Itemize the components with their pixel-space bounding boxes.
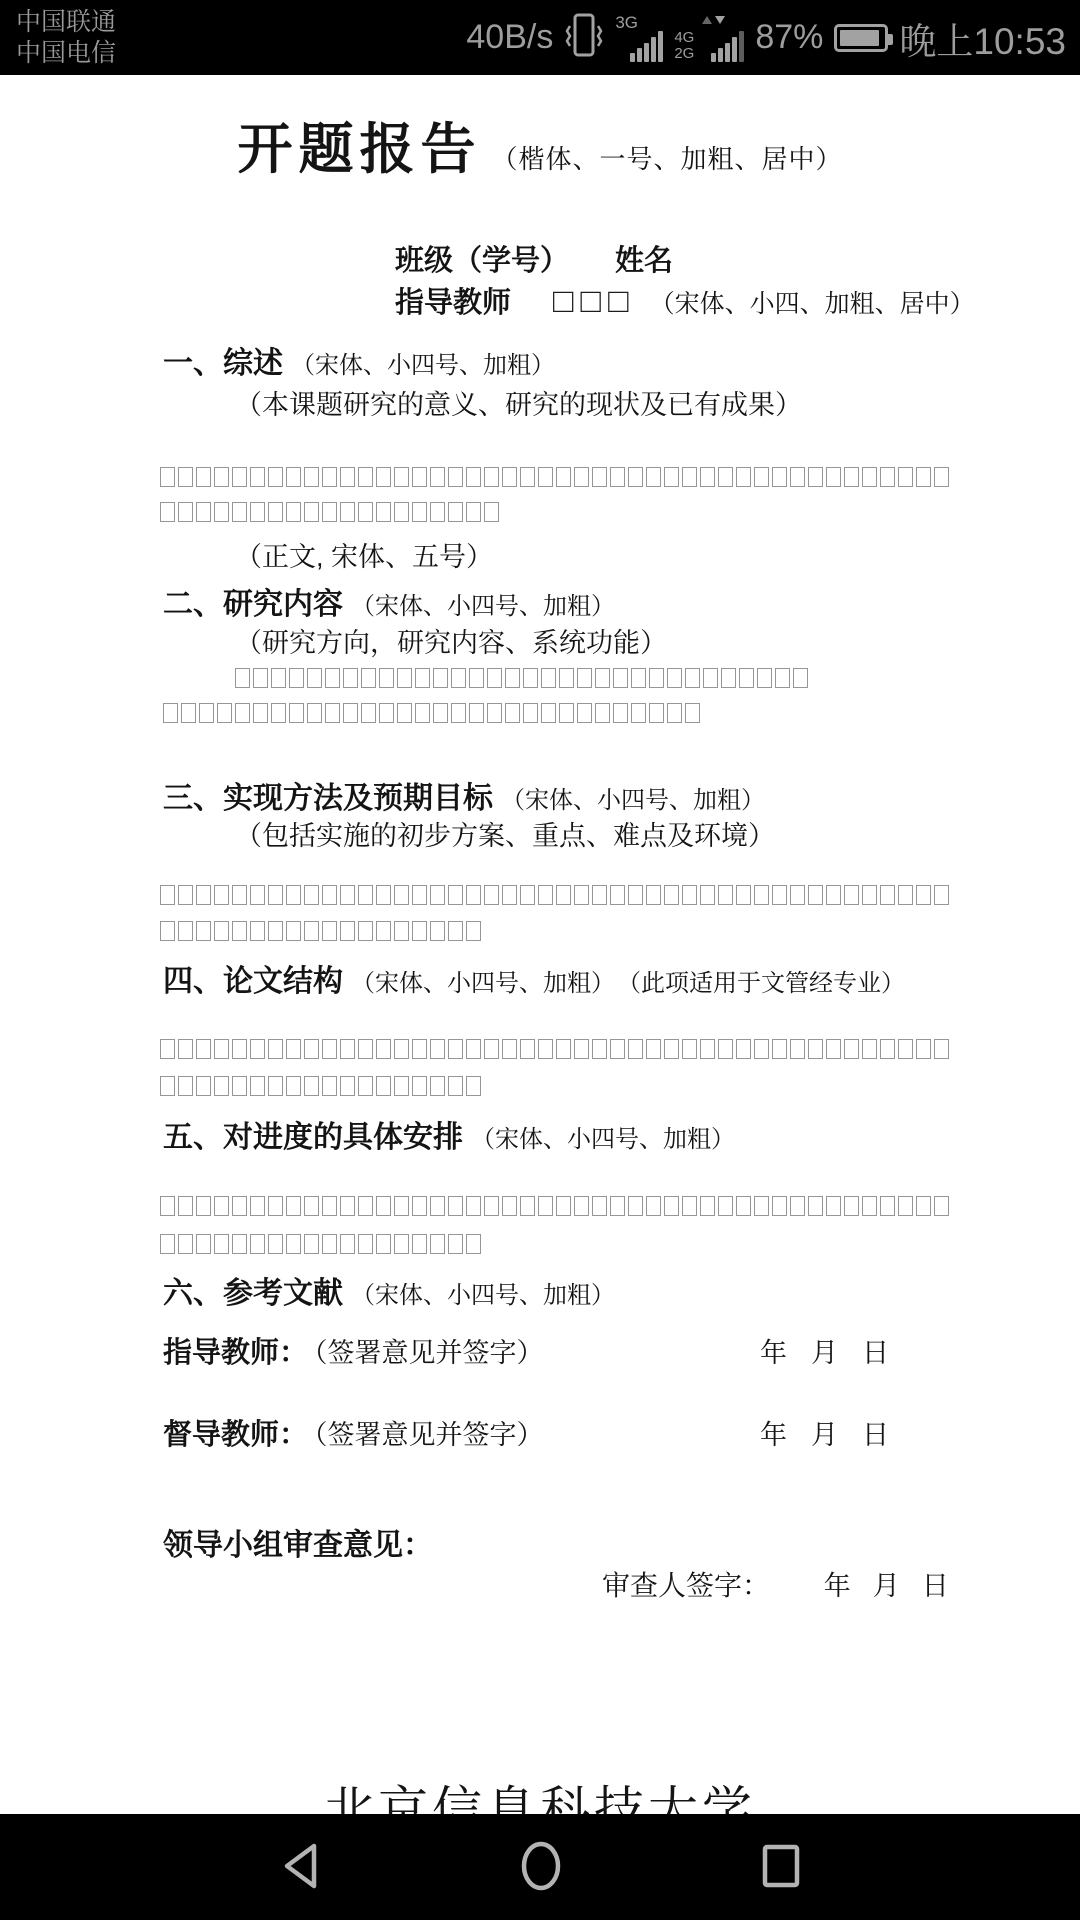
- placeholder-box: [340, 1076, 355, 1096]
- placeholder-box-row: [160, 467, 952, 487]
- placeholder-box: [466, 921, 481, 941]
- placeholder-box: [304, 1196, 319, 1216]
- advisor-placeholder-boxes: □□□: [553, 282, 636, 320]
- section4-applicability-note: （此项适用于文管经专业）: [629, 970, 905, 997]
- placeholder-box: [304, 921, 319, 941]
- placeholder-box: [790, 467, 805, 487]
- placeholder-box: [394, 467, 409, 487]
- placeholder-box: [340, 921, 355, 941]
- placeholder-box: [613, 703, 628, 723]
- battery-icon: [834, 24, 888, 52]
- placeholder-box: [250, 467, 265, 487]
- placeholder-box: [196, 1234, 211, 1254]
- recents-button[interactable]: [760, 1840, 802, 1895]
- download-arrow-icon: [715, 16, 725, 24]
- vibrate-icon: [564, 11, 604, 64]
- placeholder-box: [412, 921, 427, 941]
- placeholder-box: [304, 1039, 319, 1059]
- placeholder-box: [214, 885, 229, 905]
- placeholder-box: [826, 885, 841, 905]
- placeholder-box: [718, 467, 733, 487]
- placeholder-box: [322, 1076, 337, 1096]
- placeholder-box: [286, 1039, 301, 1059]
- back-triangle-icon: [278, 1839, 322, 1896]
- reviewer-sign-label: 审查人签字：: [602, 1570, 770, 1601]
- placeholder-box: [610, 1039, 625, 1059]
- placeholder-box: [214, 921, 229, 941]
- placeholder-box: [286, 921, 301, 941]
- section1-hint: （本课题研究的意义、研究的现状及已有成果）: [235, 383, 802, 422]
- placeholder-box: [862, 1039, 877, 1059]
- placeholder-box: [700, 1196, 715, 1216]
- placeholder-box: [322, 1234, 337, 1254]
- placeholder-box: [664, 885, 679, 905]
- placeholder-box: [880, 1196, 895, 1216]
- placeholder-box: [469, 703, 484, 723]
- placeholder-box: [592, 1196, 607, 1216]
- placeholder-box: [772, 1196, 787, 1216]
- placeholder-box: [448, 502, 463, 522]
- placeholder-box: [430, 1076, 445, 1096]
- placeholder-box: [394, 1234, 409, 1254]
- section4-title: 四、论文结构: [163, 965, 343, 998]
- placeholder-box: [577, 703, 592, 723]
- placeholder-box: [433, 668, 448, 688]
- battery-percent: 87%: [755, 18, 823, 57]
- placeholder-box: [214, 467, 229, 487]
- placeholder-box: [934, 1196, 949, 1216]
- placeholder-box: [307, 703, 322, 723]
- signal-bar: [651, 37, 656, 62]
- placeholder-box: [322, 467, 337, 487]
- placeholder-box: [358, 467, 373, 487]
- placeholder-box-row: [160, 1196, 952, 1216]
- placeholder-box: [325, 703, 340, 723]
- placeholder-box: [250, 1234, 265, 1254]
- placeholder-box: [250, 885, 265, 905]
- placeholder-box: [772, 467, 787, 487]
- placeholder-box: [718, 1196, 733, 1216]
- section6-title: 六、参考文献: [163, 1277, 343, 1310]
- placeholder-box-row: [163, 703, 703, 723]
- recents-square-icon: [760, 1840, 802, 1895]
- placeholder-box: [577, 668, 592, 688]
- placeholder-box: [358, 1039, 373, 1059]
- placeholder-box: [880, 885, 895, 905]
- section6-heading: 六、参考文献（宋体、小四号、加粗）: [163, 1268, 615, 1312]
- sim2-signal-icon: 4G 2G: [674, 14, 744, 62]
- placeholder-box: [844, 885, 859, 905]
- sim2-bars-wrap: [696, 31, 744, 62]
- placeholder-box: [538, 885, 553, 905]
- day-label: 日: [862, 1331, 889, 1370]
- placeholder-box-row: [160, 1234, 484, 1254]
- placeholder-box: [430, 502, 445, 522]
- placeholder-box: [340, 467, 355, 487]
- placeholder-box: [448, 1234, 463, 1254]
- placeholder-box: [487, 668, 502, 688]
- placeholder-box: [376, 502, 391, 522]
- placeholder-box: [394, 1076, 409, 1096]
- placeholder-box: [826, 1196, 841, 1216]
- placeholder-box: [646, 1039, 661, 1059]
- placeholder-box: [646, 467, 661, 487]
- placeholder-box: [592, 467, 607, 487]
- placeholder-box: [592, 885, 607, 905]
- placeholder-box: [739, 668, 754, 688]
- placeholder-box: [862, 885, 877, 905]
- section1-format-note: （宋体、小四号、加粗）: [291, 352, 555, 379]
- placeholder-box: [430, 1234, 445, 1254]
- placeholder-box: [412, 1196, 427, 1216]
- placeholder-box: [916, 467, 931, 487]
- placeholder-box: [631, 703, 646, 723]
- placeholder-box: [682, 885, 697, 905]
- placeholder-box: [520, 1039, 535, 1059]
- battery-fill: [840, 30, 879, 46]
- placeholder-box: [217, 703, 232, 723]
- year-label: 年: [760, 1331, 787, 1370]
- placeholder-box: [646, 1196, 661, 1216]
- placeholder-box: [736, 1196, 751, 1216]
- placeholder-box: [232, 502, 247, 522]
- placeholder-box: [664, 1196, 679, 1216]
- placeholder-box: [538, 1196, 553, 1216]
- advisor-date-fields: 年 月 日: [760, 1331, 889, 1370]
- placeholder-box: [322, 1039, 337, 1059]
- placeholder-box: [772, 885, 787, 905]
- signal-bar: [725, 43, 730, 62]
- placeholder-box: [484, 502, 499, 522]
- section2-heading: 二、研究内容（宋体、小四号、加粗）: [163, 579, 615, 623]
- placeholder-box: [556, 1196, 571, 1216]
- placeholder-box: [754, 885, 769, 905]
- placeholder-box: [232, 885, 247, 905]
- placeholder-box: [448, 467, 463, 487]
- placeholder-box: [667, 668, 682, 688]
- month-label: 月: [811, 1331, 838, 1370]
- placeholder-box: [700, 467, 715, 487]
- placeholder-box: [613, 668, 628, 688]
- home-circle-icon: [519, 1838, 563, 1897]
- placeholder-box: [559, 703, 574, 723]
- placeholder-box: [268, 1039, 283, 1059]
- signal-bar: [711, 53, 716, 62]
- placeholder-box: [448, 1196, 463, 1216]
- document-page: 开题报告（楷体、一号、加粗、居中） 班级（学号）姓名 指导教师□□□（宋体、小四…: [0, 75, 1080, 1814]
- placeholder-box: [181, 703, 196, 723]
- placeholder-box: [271, 668, 286, 688]
- placeholder-box: [268, 1234, 283, 1254]
- month-label: 月: [873, 1564, 900, 1603]
- advisor-sign-note: （签署意见并签字）: [314, 1338, 544, 1368]
- placeholder-box: [556, 467, 571, 487]
- placeholder-box: [484, 1039, 499, 1059]
- sim2-network-type: 4G 2G: [674, 30, 694, 62]
- placeholder-box: [412, 467, 427, 487]
- placeholder-box: [415, 703, 430, 723]
- placeholder-box: [844, 467, 859, 487]
- body-format-note: （正文, 宋体、五号）: [235, 535, 493, 574]
- placeholder-box: [826, 1039, 841, 1059]
- placeholder-box-row: [160, 1076, 484, 1096]
- sim1-signal-icon: 3G: [615, 14, 663, 62]
- placeholder-box: [628, 467, 643, 487]
- placeholder-box: [502, 467, 517, 487]
- placeholder-box: [253, 703, 268, 723]
- leader-review-label: 领导小组审查意见：: [163, 1520, 433, 1564]
- placeholder-box: [358, 885, 373, 905]
- placeholder-box: [160, 1076, 175, 1096]
- placeholder-box: [178, 1076, 193, 1096]
- placeholder-box: [556, 885, 571, 905]
- placeholder-box: [322, 1196, 337, 1216]
- placeholder-box: [523, 668, 538, 688]
- placeholder-box: [358, 1076, 373, 1096]
- placeholder-box: [682, 1196, 697, 1216]
- placeholder-box: [487, 703, 502, 723]
- placeholder-box: [376, 467, 391, 487]
- placeholder-box: [178, 467, 193, 487]
- placeholder-box: [340, 502, 355, 522]
- placeholder-box: [250, 502, 265, 522]
- placeholder-box: [505, 703, 520, 723]
- placeholder-box: [649, 668, 664, 688]
- placeholder-box: [286, 1196, 301, 1216]
- section3-format-note: （宋体、小四号、加粗）: [501, 787, 765, 814]
- placeholder-box: [484, 1196, 499, 1216]
- placeholder-box: [268, 921, 283, 941]
- reviewer-signature-row: 审查人签字： 年 月 日: [602, 1564, 949, 1604]
- placeholder-box: [898, 467, 913, 487]
- placeholder-box: [250, 1196, 265, 1216]
- signal-bar: [637, 48, 642, 62]
- supervisor-date-fields: 年 月 日: [760, 1413, 889, 1452]
- placeholder-box: [358, 1234, 373, 1254]
- section4-heading: 四、论文结构（宋体、小四号、加粗）（此项适用于文管经专业）: [163, 956, 905, 1000]
- section2-format-note: （宋体、小四号、加粗）: [351, 593, 615, 620]
- placeholder-box: [448, 921, 463, 941]
- placeholder-box: [178, 502, 193, 522]
- battery-nub: [888, 34, 893, 45]
- back-button[interactable]: [278, 1839, 322, 1896]
- placeholder-box: [160, 885, 175, 905]
- reviewer-date-fields: 年 月 日: [824, 1564, 949, 1603]
- placeholder-box: [196, 885, 211, 905]
- section2-title: 二、研究内容: [163, 588, 343, 621]
- placeholder-box: [160, 1196, 175, 1216]
- placeholder-box: [343, 703, 358, 723]
- advisor-label: 指导教师: [395, 287, 511, 319]
- university-name: 北京信息科技大学: [0, 1770, 1080, 1814]
- placeholder-box: [430, 1039, 445, 1059]
- section3-heading: 三、实现方法及预期目标（宋体、小四号、加粗）: [163, 773, 765, 817]
- placeholder-box: [160, 1234, 175, 1254]
- placeholder-box: [178, 1196, 193, 1216]
- year-label: 年: [760, 1413, 787, 1452]
- network-speed: 40B/s: [466, 18, 553, 57]
- placeholder-box: [466, 885, 481, 905]
- placeholder-box: [466, 1234, 481, 1254]
- placeholder-box: [595, 668, 610, 688]
- sim2-network-bottom: 2G: [674, 46, 694, 62]
- placeholder-box: [271, 703, 286, 723]
- placeholder-box: [394, 1039, 409, 1059]
- placeholder-box: [898, 1039, 913, 1059]
- month-label: 月: [811, 1413, 838, 1452]
- placeholder-box: [430, 885, 445, 905]
- placeholder-box: [196, 921, 211, 941]
- placeholder-box: [916, 1039, 931, 1059]
- sim2-signal-bars: [711, 31, 744, 62]
- placeholder-box: [703, 668, 718, 688]
- section3-title: 三、实现方法及预期目标: [163, 782, 493, 815]
- class-name-line: 班级（学号）姓名: [395, 238, 673, 279]
- placeholder-box: [376, 885, 391, 905]
- placeholder-box: [844, 1196, 859, 1216]
- section1-heading: 一、综述（宋体、小四号、加粗）: [163, 338, 555, 382]
- placeholder-box: [430, 1196, 445, 1216]
- placeholder-box: [361, 668, 376, 688]
- placeholder-box: [736, 1039, 751, 1059]
- home-button[interactable]: [519, 1838, 563, 1897]
- placeholder-box: [304, 1234, 319, 1254]
- placeholder-box: [631, 668, 646, 688]
- placeholder-box: [898, 885, 913, 905]
- signal-bar: [658, 31, 663, 62]
- placeholder-box: [448, 1076, 463, 1096]
- placeholder-box: [559, 668, 574, 688]
- placeholder-box: [325, 668, 340, 688]
- placeholder-box: [520, 885, 535, 905]
- placeholder-box: [916, 1196, 931, 1216]
- placeholder-box: [199, 703, 214, 723]
- placeholder-box: [826, 467, 841, 487]
- placeholder-box: [397, 703, 412, 723]
- signal-bar: [732, 37, 737, 62]
- placeholder-box: [610, 467, 625, 487]
- placeholder-box: [289, 668, 304, 688]
- placeholder-box: [685, 668, 700, 688]
- placeholder-box: [466, 1196, 481, 1216]
- placeholder-box: [790, 885, 805, 905]
- placeholder-box: [196, 1076, 211, 1096]
- placeholder-box: [322, 502, 337, 522]
- section1-title: 一、综述: [163, 347, 283, 380]
- placeholder-box: [196, 502, 211, 522]
- placeholder-box: [304, 502, 319, 522]
- section4-format-note: （宋体、小四号、加粗）: [351, 970, 615, 997]
- placeholder-box: [235, 668, 250, 688]
- placeholder-box: [574, 885, 589, 905]
- placeholder-box: [268, 502, 283, 522]
- placeholder-box: [253, 668, 268, 688]
- placeholder-box: [232, 921, 247, 941]
- placeholder-box: [574, 1039, 589, 1059]
- placeholder-box: [412, 1039, 427, 1059]
- placeholder-box: [178, 1234, 193, 1254]
- placeholder-box: [250, 1076, 265, 1096]
- placeholder-box: [718, 1039, 733, 1059]
- placeholder-box-row: [160, 1039, 952, 1059]
- placeholder-box: [340, 885, 355, 905]
- document-title: 开题报告: [237, 118, 481, 180]
- placeholder-box: [268, 885, 283, 905]
- placeholder-box: [286, 885, 301, 905]
- placeholder-box: [232, 1234, 247, 1254]
- placeholder-box: [232, 1076, 247, 1096]
- placeholder-box: [163, 703, 178, 723]
- advisor-sign-label: 指导教师：: [163, 1337, 308, 1369]
- supervisor-sign-note: （签署意见并签字）: [314, 1420, 544, 1450]
- signal-bar: [644, 43, 649, 62]
- placeholder-box: [574, 1196, 589, 1216]
- navigation-bar: [0, 1814, 1080, 1920]
- placeholder-box: [214, 1196, 229, 1216]
- placeholder-box: [667, 703, 682, 723]
- placeholder-box: [196, 1039, 211, 1059]
- placeholder-box: [304, 885, 319, 905]
- placeholder-box: [736, 885, 751, 905]
- phone-screen: 中国联通 中国电信 40B/s 3G 4G 2G: [0, 0, 1080, 1920]
- signal-bar: [718, 48, 723, 62]
- placeholder-box: [610, 885, 625, 905]
- placeholder-box: [160, 1039, 175, 1059]
- placeholder-box: [541, 668, 556, 688]
- placeholder-box: [451, 668, 466, 688]
- signal-bar: [739, 31, 744, 62]
- placeholder-box: [700, 1039, 715, 1059]
- sim1-network-type: 3G: [615, 14, 638, 31]
- placeholder-box: [376, 1196, 391, 1216]
- upload-arrow-icon: [702, 16, 712, 24]
- placeholder-box: [757, 668, 772, 688]
- placeholder-box: [376, 1039, 391, 1059]
- placeholder-box: [628, 1039, 643, 1059]
- placeholder-box: [718, 885, 733, 905]
- document-title-line: 开题报告（楷体、一号、加粗、居中）: [0, 105, 1080, 184]
- placeholder-box: [574, 467, 589, 487]
- placeholder-box: [934, 467, 949, 487]
- carrier-names: 中国联通 中国电信: [16, 7, 116, 69]
- placeholder-box: [232, 1039, 247, 1059]
- placeholder-box: [361, 703, 376, 723]
- placeholder-box: [340, 1196, 355, 1216]
- placeholder-box: [433, 703, 448, 723]
- placeholder-box: [682, 467, 697, 487]
- placeholder-box: [862, 1196, 877, 1216]
- placeholder-box: [556, 1039, 571, 1059]
- placeholder-box: [466, 467, 481, 487]
- placeholder-box: [307, 668, 322, 688]
- supervisor-sign-label: 督导教师：: [163, 1419, 308, 1451]
- placeholder-box: [358, 502, 373, 522]
- placeholder-box: [934, 885, 949, 905]
- placeholder-box: [595, 703, 610, 723]
- placeholder-box: [430, 921, 445, 941]
- section5-format-note: （宋体、小四号、加粗）: [471, 1126, 735, 1153]
- placeholder-box: [466, 502, 481, 522]
- placeholder-box: [538, 467, 553, 487]
- placeholder-box: [448, 885, 463, 905]
- title-format-note: （楷体、一号、加粗、居中）: [492, 144, 843, 174]
- placeholder-box: [340, 1039, 355, 1059]
- placeholder-box-row: [235, 668, 811, 688]
- carrier-line-1: 中国联通: [16, 7, 116, 38]
- placeholder-box: [682, 1039, 697, 1059]
- placeholder-box: [430, 467, 445, 487]
- placeholder-box: [268, 1196, 283, 1216]
